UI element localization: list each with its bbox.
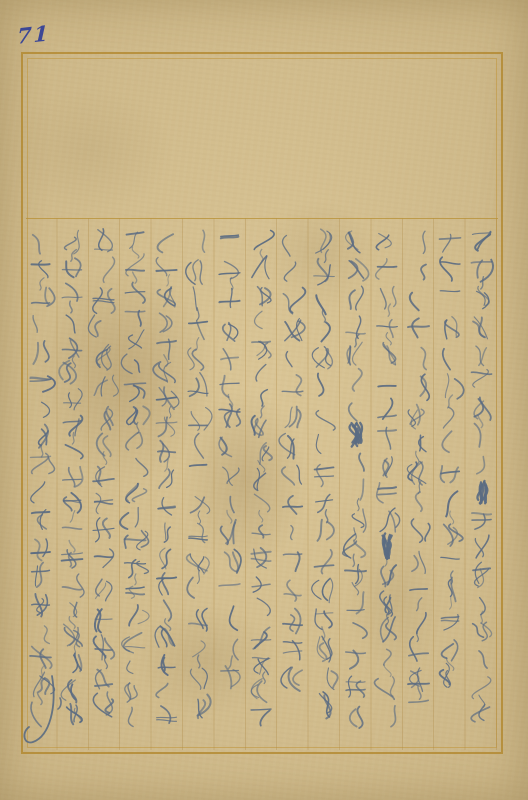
handwriting-strokes xyxy=(0,0,528,800)
manuscript-page: 71 子供のある問題は再轉と吾とは又分らぬ 投記歌んち賦第一に子供に數百友人 か… xyxy=(0,0,528,800)
